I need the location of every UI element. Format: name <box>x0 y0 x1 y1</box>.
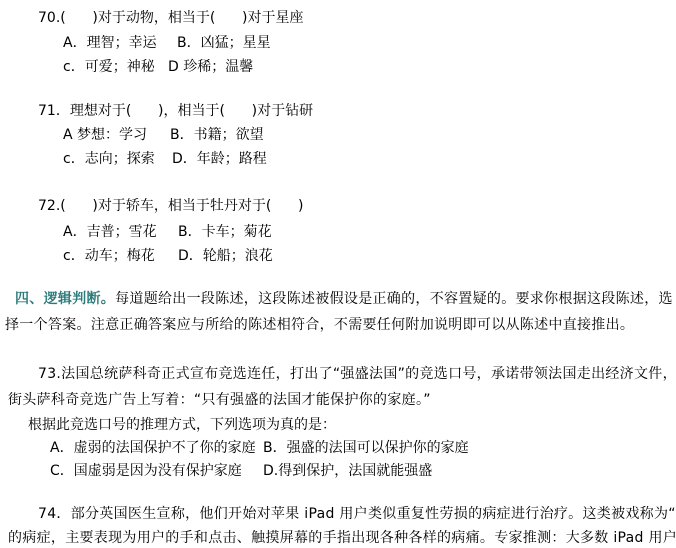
question-71-option-c: c．志向；探索 <box>63 150 155 168</box>
question-73-option-a: A．虚弱的法国保护不了你的家庭 <box>50 439 256 457</box>
question-73-line2: 街头萨科奇竞选广告上写着：“只有强盛的法国才能保护你的家庭。” <box>8 391 431 409</box>
question-71-option-a: A 梦想：学习 <box>63 126 147 144</box>
question-70-option-d: D 珍稀；温馨 <box>168 58 253 76</box>
question-71-stem: 71．理想对于( )，相当于( )对于钻研 <box>38 102 313 120</box>
question-74-line2: 的病症，主要表现为用户的手和点击、触摸屏幕的手指出现各种各样的病痛。专家推测：大… <box>8 529 676 547</box>
question-73-option-b: B．强盛的法国可以保护你的家庭 <box>263 439 469 457</box>
question-70-option-a: A．理智；幸运 <box>63 34 157 52</box>
question-72-option-a: A．吉普；雪花 <box>63 223 157 241</box>
question-73-option-c: C．国虚弱是因为没有保护家庭 <box>50 462 242 480</box>
document-page: 70.( )对于动物，相当于( )对于星座 A．理智；幸运 B．凶猛；星星 c．… <box>0 0 676 548</box>
question-70-option-b: B．凶猛；星星 <box>177 34 271 52</box>
question-73-option-d: D.得到保护，法国就能强盛 <box>263 462 432 480</box>
question-72-option-b: B．卡车；菊花 <box>178 223 272 241</box>
section-heading-line1: 四、逻辑判断。每道题给出一段陈述，这段陈述被假设是正确的，不容置疑的。要求你根据… <box>15 290 673 308</box>
question-72-option-d: D．轮船；浪花 <box>178 247 273 265</box>
question-72-option-c: c．动车；梅花 <box>63 247 155 265</box>
question-73-line1: 73.法国总统萨科奇正式宣布竞选连任，打出了“强盛法国”的竞选口号，承诺带领法国… <box>38 365 676 383</box>
question-71-option-d: D．年龄；路程 <box>172 150 267 168</box>
section-desc-line1: 每道题给出一段陈述，这段陈述被假设是正确的，不容置疑的。要求你根据这段陈述，选 <box>115 291 673 307</box>
question-72-stem: 72.( )对于轿车，相当于牡丹对于( ) <box>38 197 304 215</box>
question-70-option-c: c．可爱；神秘 <box>63 58 155 76</box>
section-title: 四、逻辑判断。 <box>15 291 115 307</box>
question-71-option-b: B．书籍；欲望 <box>170 126 264 144</box>
question-70-stem: 70.( )对于动物，相当于( )对于星座 <box>38 9 304 27</box>
question-73-intro: 根据此竞选口号的推理方式，下列选项为真的是： <box>28 416 336 434</box>
section-desc-line2: 择一个答案。注意正确答案应与所给的陈述相符合，不需要任何附加说明即可以从陈述中直… <box>5 316 634 334</box>
question-74-line1: 74．部分英国医生宣称，他们开始对苹果 iPad 用户类似重复性劳损的病症进行治… <box>38 505 676 523</box>
